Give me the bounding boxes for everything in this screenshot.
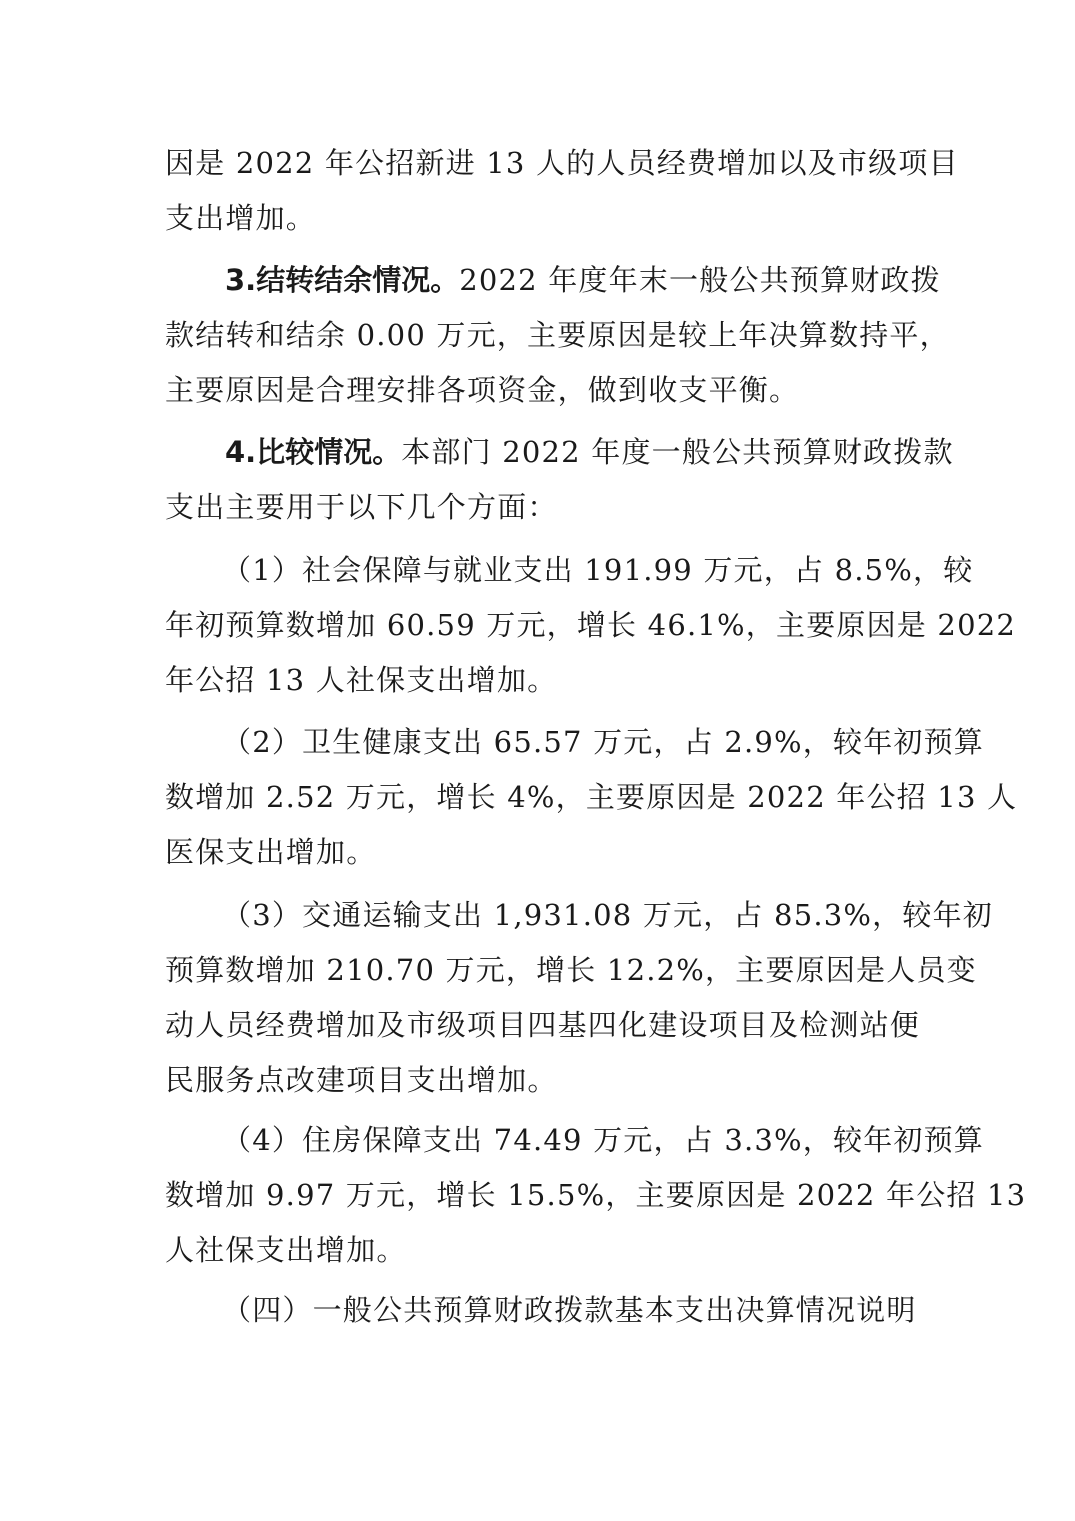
text-line: 数增加 2.52 万元，增长 4%，主要原因是 2022 年公招 13 人	[165, 777, 1017, 817]
text-line: （四）一般公共预算财政拨款基本支出决算情况说明	[222, 1290, 917, 1330]
text-line: 医保支出增加。	[165, 832, 376, 872]
text-span: 2022 年度年末一般公共预算财政拨	[459, 263, 941, 297]
text-line: 款结转和结余 0.00 万元，主要原因是较上年决算数持平，	[165, 315, 950, 355]
section-heading: 3.结转结余情况。	[225, 263, 459, 297]
text-line: 年公招 13 人社保支出增加。	[165, 660, 557, 700]
text-line: （4）住房保障支出 74.49 万元，占 3.3%，较年初预算	[222, 1120, 984, 1160]
text-line: 支出增加。	[165, 198, 316, 238]
text-line: 因是 2022 年公招新进 13 人的人员经费增加以及市级项目	[165, 143, 959, 183]
text-line: （1）社会保障与就业支出 191.99 万元，占 8.5%，较	[222, 550, 973, 590]
text-line: 主要原因是合理安排各项资金，做到收支平衡。	[165, 370, 799, 410]
text-line: 人社保支出增加。	[165, 1230, 407, 1270]
text-line: 数增加 9.97 万元，增长 15.5%，主要原因是 2022 年公招 13	[165, 1175, 1026, 1215]
text-line: （3）交通运输支出 1,931.08 万元，占 85.3%，较年初	[222, 895, 993, 935]
document-page: 因是 2022 年公招新进 13 人的人员经费增加以及市级项目 支出增加。 3.…	[0, 0, 1075, 1521]
text-span: 本部门 2022 年度一般公共预算财政拨款	[401, 435, 953, 469]
text-line: 民服务点改建项目支出增加。	[165, 1060, 558, 1100]
text-line: 支出主要用于以下几个方面：	[165, 487, 558, 527]
section-heading: 4.比较情况。	[225, 435, 401, 469]
text-line: 4.比较情况。本部门 2022 年度一般公共预算财政拨款	[225, 432, 954, 472]
text-line: 3.结转结余情况。2022 年度年末一般公共预算财政拨	[225, 260, 941, 300]
text-line: 年初预算数增加 60.59 万元，增长 46.1%，主要原因是 2022	[165, 605, 1016, 645]
text-line: （2）卫生健康支出 65.57 万元，占 2.9%，较年初预算	[222, 722, 984, 762]
text-line: 动人员经费增加及市级项目四基四化建设项目及检测站便	[165, 1005, 920, 1045]
text-line: 预算数增加 210.70 万元，增长 12.2%，主要原因是人员变	[165, 950, 977, 990]
